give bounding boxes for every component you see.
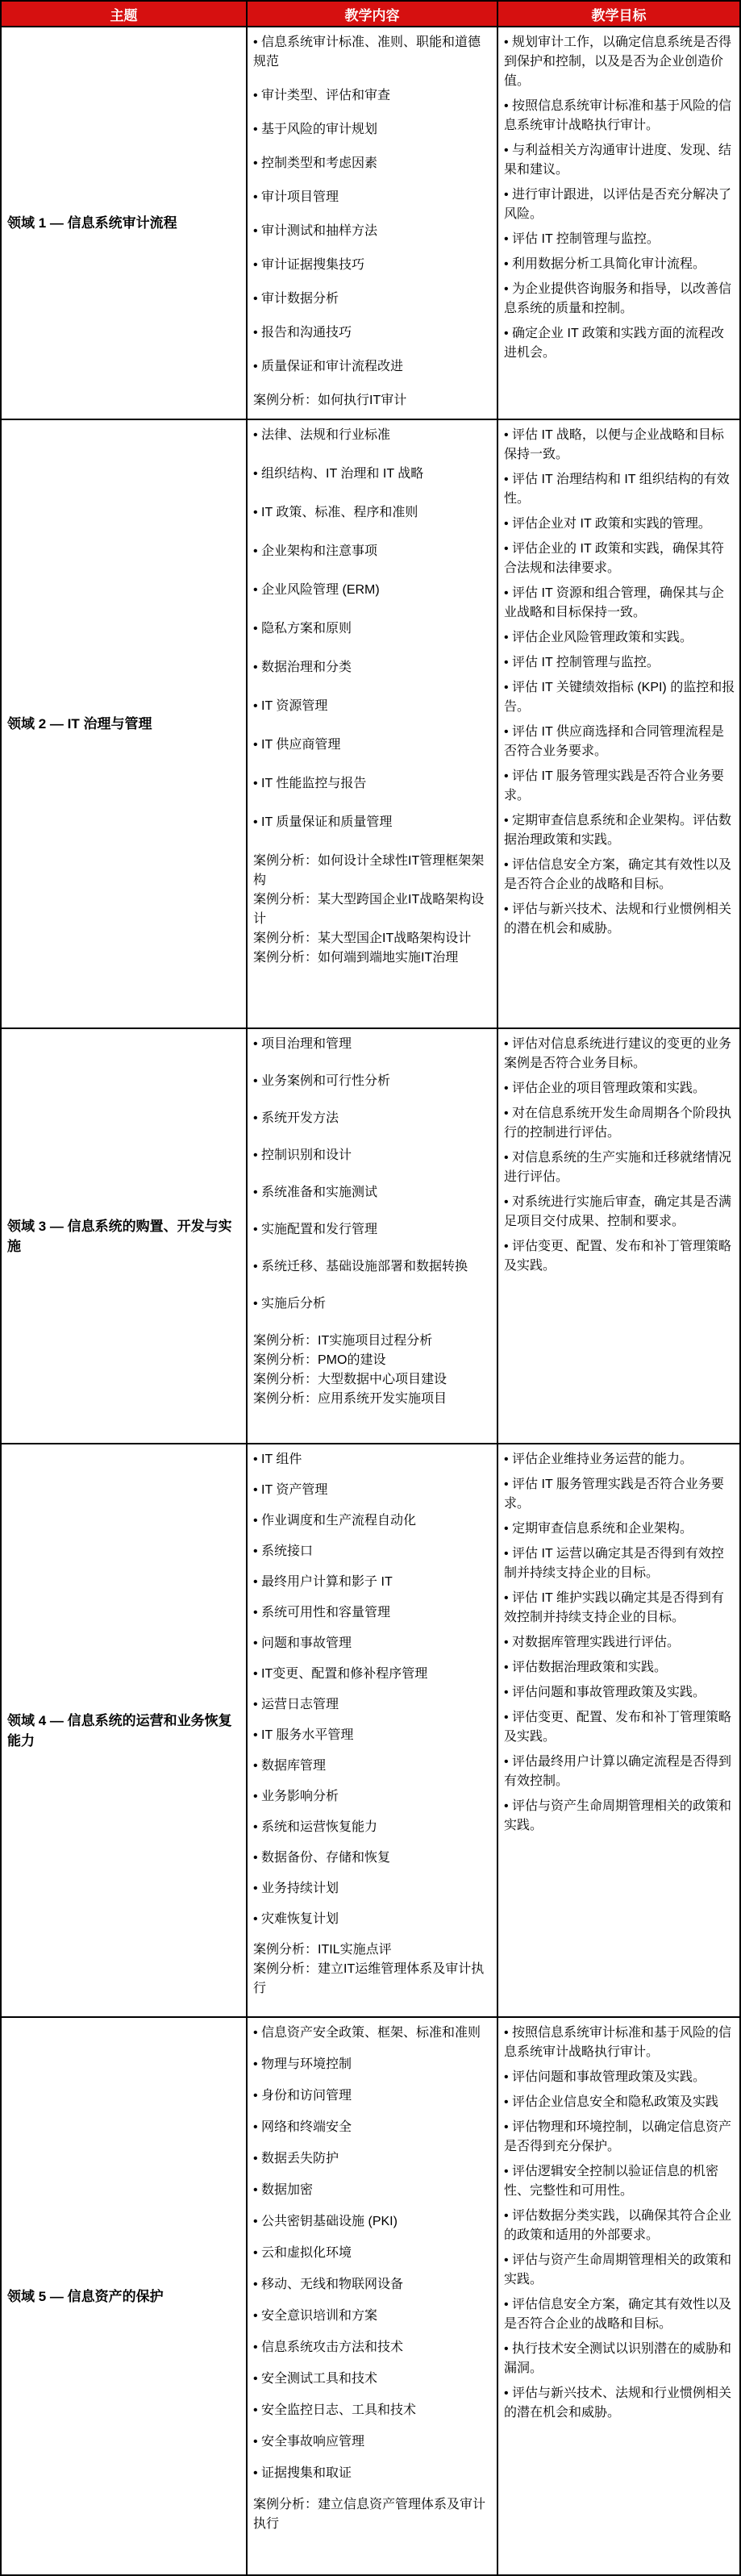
table-row: 领域 1 — 信息系统审计流程 信息系统审计标准、准则、职能和道德规范审计类型、…	[2, 26, 739, 419]
objective-item: 评估信息安全方案，确定其有效性以及是否符合企业的战略和目标。	[504, 856, 736, 894]
case-study-item: 案例分析：大型数据中心项目建设	[253, 1370, 493, 1390]
course-outline-table: 主题 教学内容 教学目标 领域 1 — 信息系统审计流程 信息系统审计标准、准则…	[0, 0, 741, 2576]
objectives-cell: 规划审计工作，以确定信息系统是否得到保护和控制，以及是否为企业创造价值。按照信息…	[498, 27, 739, 419]
case-study-item: 案例分析：IT实施项目过程分析	[253, 1332, 493, 1351]
objective-item: 按照信息系统审计标准和基于风险的信息系统审计战略执行审计。	[504, 97, 736, 135]
case-study-item: 案例分析：如何执行IT审计	[253, 391, 493, 411]
content-item: 身份和访问管理	[253, 2086, 493, 2106]
domain-title: 领域 3 — 信息系统的购置、开发与实施	[7, 1216, 241, 1257]
objective-item: 进行审计跟进，以评估是否充分解决了风险。	[504, 185, 736, 224]
objective-item: 评估问题和事故管理政策及实践。	[504, 2068, 736, 2087]
objective-item: 评估与资产生命周期管理相关的政策和实践。	[504, 1797, 736, 1836]
objective-item: 按照信息系统审计标准和基于风险的信息系统审计战略执行审计。	[504, 2024, 736, 2062]
content-item: 实施后分析	[253, 1294, 493, 1314]
content-item: IT 服务水平管理	[253, 1726, 493, 1745]
case-study-item: 案例分析：ITIL实施点评	[253, 1940, 493, 1960]
content-item: 审计类型、评估和审查	[253, 86, 493, 106]
objective-item: 评估企业维持业务运营的能力。	[504, 1450, 736, 1469]
objective-item: 评估物理和环境控制，以确定信息资产是否得到充分保护。	[504, 2118, 736, 2157]
objective-item: 评估 IT 资源和组合管理，确保其与企业战略和目标保持一致。	[504, 584, 736, 623]
content-item: 公共密钥基础设施 (PKI)	[253, 2212, 493, 2232]
content-cell: 信息系统审计标准、准则、职能和道德规范审计类型、评估和审查基于风险的审计规划控制…	[248, 27, 498, 419]
objective-item: 评估企业的项目管理政策和实践。	[504, 1079, 736, 1098]
content-item: 项目治理和管理	[253, 1035, 493, 1054]
objective-item: 评估 IT 关键绩效指标 (KPI) 的监控和报告。	[504, 678, 736, 717]
content-item: 业务案例和可行性分析	[253, 1072, 493, 1091]
content-item: 信息资产安全政策、框架、标准和准则	[253, 2024, 493, 2043]
objective-item: 评估信息安全方案，确定其有效性以及是否符合企业的战略和目标。	[504, 2295, 736, 2334]
content-item: 最终用户计算和影子 IT	[253, 1573, 493, 1592]
objective-item: 评估问题和事故管理政策及实践。	[504, 1683, 736, 1703]
topic-cell: 领域 5 — 信息资产的保护	[2, 2018, 248, 2574]
content-item: IT 供应商管理	[253, 736, 493, 755]
objective-item: 评估企业风险管理政策和实践。	[504, 628, 736, 648]
content-item: 数据库管理	[253, 1757, 493, 1776]
content-item: 证据搜集和取证	[253, 2464, 493, 2483]
content-item: 实施配置和发行管理	[253, 1220, 493, 1240]
content-item: 审计数据分析	[253, 290, 493, 309]
topic-cell: 领域 4 — 信息系统的运营和业务恢复能力	[2, 1444, 248, 2016]
content-item: 基于风险的审计规划	[253, 120, 493, 140]
objective-item: 对数据库管理实践进行评估。	[504, 1633, 736, 1653]
objective-item: 评估 IT 控制管理与监控。	[504, 230, 736, 249]
content-item: 隐私方案和原则	[253, 619, 493, 639]
domain-title: 领域 2 — IT 治理与管理	[7, 714, 152, 734]
objective-item: 评估与资产生命周期管理相关的政策和实践。	[504, 2251, 736, 2290]
objective-item: 评估变更、配置、发布和补丁管理策略及实践。	[504, 1237, 736, 1276]
objective-item: 评估对信息系统进行建议的变更的业务案例是否符合业务目标。	[504, 1035, 736, 1073]
table-body: 领域 1 — 信息系统审计流程 信息系统审计标准、准则、职能和道德规范审计类型、…	[2, 26, 739, 2574]
content-item: 控制类型和考虑因素	[253, 154, 493, 173]
case-study-item: 案例分析：PMO的建设	[253, 1351, 493, 1370]
content-item: 质量保证和审计流程改进	[253, 357, 493, 377]
content-item: 网络和终端安全	[253, 2118, 493, 2137]
content-item: 物理与环境控制	[253, 2055, 493, 2074]
objectives-cell: 评估对信息系统进行建议的变更的业务案例是否符合业务目标。评估企业的项目管理政策和…	[498, 1029, 739, 1443]
objective-item: 评估变更、配置、发布和补丁管理策略及实践。	[504, 1708, 736, 1747]
objective-item: 执行技术安全测试以识别潜在的威胁和漏洞。	[504, 2340, 736, 2378]
objective-item: 评估 IT 控制管理与监控。	[504, 653, 736, 673]
content-item: 安全监控日志、工具和技术	[253, 2401, 493, 2420]
content-item: 系统开发方法	[253, 1109, 493, 1128]
objectives-cell: 按照信息系统审计标准和基于风险的信息系统审计战略执行审计。评估问题和事故管理政策…	[498, 2018, 739, 2574]
content-cell: 信息资产安全政策、框架、标准和准则物理与环境控制身份和访问管理网络和终端安全数据…	[248, 2018, 498, 2574]
content-item: IT 资产管理	[253, 1481, 493, 1500]
objective-item: 对在信息系统开发生命周期各个阶段执行的控制进行评估。	[504, 1104, 736, 1143]
content-item: 问题和事故管理	[253, 1634, 493, 1653]
content-item: 安全测试工具和技术	[253, 2370, 493, 2389]
objective-item: 评估与新兴技术、法规和行业惯例相关的潜在机会和威胁。	[504, 2384, 736, 2423]
domain-title: 领域 1 — 信息系统审计流程	[7, 213, 177, 233]
column-header-objectives: 教学目标	[498, 2, 739, 26]
objective-item: 评估 IT 供应商选择和合同管理流程是否符合业务要求。	[504, 723, 736, 761]
content-item: 控制识别和设计	[253, 1146, 493, 1165]
content-item: 报告和沟通技巧	[253, 323, 493, 343]
objective-item: 对信息系统的生产实施和迁移就绪情况进行评估。	[504, 1148, 736, 1187]
content-item: 审计项目管理	[253, 188, 493, 207]
content-cell: 项目治理和管理业务案例和可行性分析系统开发方法控制识别和设计系统准备和实施测试实…	[248, 1029, 498, 1443]
topic-cell: 领域 3 — 信息系统的购置、开发与实施	[2, 1029, 248, 1443]
objective-item: 确定企业 IT 政策和实践方面的流程改进机会。	[504, 324, 736, 363]
objective-item: 评估 IT 战略，以便与企业战略和目标保持一致。	[504, 426, 736, 465]
column-header-content: 教学内容	[248, 2, 498, 26]
objective-item: 评估企业对 IT 政策和实践的管理。	[504, 515, 736, 534]
content-item: 系统可用性和容量管理	[253, 1603, 493, 1623]
objective-item: 评估与新兴技术、法规和行业惯例相关的潜在机会和威胁。	[504, 900, 736, 939]
content-item: 系统迁移、基础设施部署和数据转换	[253, 1257, 493, 1277]
content-item: 系统准备和实施测试	[253, 1183, 493, 1203]
content-item: IT 性能监控与报告	[253, 774, 493, 794]
content-item: 信息系统攻击方法和技术	[253, 2338, 493, 2357]
content-item: 审计证据搜集技巧	[253, 256, 493, 275]
objective-item: 评估数据分类实践，以确保其符合企业的政策和适用的外部要求。	[504, 2207, 736, 2245]
objective-item: 评估企业的 IT 政策和实践，确保其符合法规和法律要求。	[504, 540, 736, 578]
content-item: IT 政策、标准、程序和准则	[253, 503, 493, 523]
table-header-row: 主题 教学内容 教学目标	[2, 2, 739, 26]
objective-item: 对系统进行实施后审查，确定其是否满足项目交付成果、控制和要求。	[504, 1193, 736, 1232]
objective-item: 评估 IT 维护实践以确定其是否得到有效控制并持续支持企业的目标。	[504, 1589, 736, 1628]
content-item: 企业架构和注意事项	[253, 542, 493, 561]
domain-title: 领域 5 — 信息资产的保护	[7, 2286, 164, 2307]
objective-item: 规划审计工作，以确定信息系统是否得到保护和控制，以及是否为企业创造价值。	[504, 33, 736, 91]
table-row: 领域 4 — 信息系统的运营和业务恢复能力 IT 组件IT 资产管理作业调度和生…	[2, 1443, 739, 2016]
content-item: 数据备份、存储和恢复	[253, 1849, 493, 1868]
objective-item: 评估最终用户计算以确定流程是否得到有效控制。	[504, 1753, 736, 1791]
objective-item: 利用数据分析工具简化审计流程。	[504, 255, 736, 274]
content-item: 灾难恢复计划	[253, 1910, 493, 1929]
content-item: 组织结构、IT 治理和 IT 战略	[253, 465, 493, 484]
content-item: 系统和运营恢复能力	[253, 1818, 493, 1837]
content-item: 云和虚拟化环境	[253, 2244, 493, 2263]
content-item: 安全事故响应管理	[253, 2432, 493, 2452]
content-item: 系统接口	[253, 1542, 493, 1561]
objectives-cell: 评估企业维持业务运营的能力。评估 IT 服务管理实践是否符合业务要求。定期审查信…	[498, 1444, 739, 2016]
case-study-item: 案例分析：建立信息资产管理体系及审计执行	[253, 2495, 493, 2534]
case-study-item: 案例分析：如何端到端地实施IT治理	[253, 948, 493, 968]
content-item: 数据加密	[253, 2181, 493, 2200]
case-study-item: 案例分析：建立IT运维管理体系及审计执行	[253, 1960, 493, 1999]
content-item: 业务持续计划	[253, 1879, 493, 1899]
objective-item: 评估 IT 服务管理实践是否符合业务要求。	[504, 1475, 736, 1514]
case-study-item: 案例分析：如何设计全球性IT管理框架架构	[253, 852, 493, 890]
content-item: 企业风险管理 (ERM)	[253, 581, 493, 600]
content-cell: IT 组件IT 资产管理作业调度和生产流程自动化系统接口最终用户计算和影子 IT…	[248, 1444, 498, 2016]
table-row: 领域 5 — 信息资产的保护 信息资产安全政策、框架、标准和准则物理与环境控制身…	[2, 2016, 739, 2574]
objective-item: 评估企业信息安全和隐私政策及实践	[504, 2093, 736, 2112]
domain-title: 领域 4 — 信息系统的运营和业务恢复能力	[7, 1711, 241, 1751]
column-header-topic: 主题	[2, 2, 248, 26]
objective-item: 与利益相关方沟通审计进度、发现、结果和建议。	[504, 141, 736, 180]
objective-item: 评估 IT 服务管理实践是否符合业务要求。	[504, 767, 736, 806]
objective-item: 评估 IT 治理结构和 IT 组织结构的有效性。	[504, 470, 736, 509]
content-item: 运营日志管理	[253, 1695, 493, 1715]
content-item: IT 质量保证和质量管理	[253, 813, 493, 832]
objectives-cell: 评估 IT 战略，以便与企业战略和目标保持一致。评估 IT 治理结构和 IT 组…	[498, 420, 739, 1027]
content-cell: 法律、法规和行业标准组织结构、IT 治理和 IT 战略IT 政策、标准、程序和准…	[248, 420, 498, 1027]
objective-item: 为企业提供咨询服务和指导，以改善信息系统的质量和控制。	[504, 280, 736, 319]
content-item: 作业调度和生产流程自动化	[253, 1511, 493, 1531]
case-study-item: 案例分析：某大型国企IT战略架构设计	[253, 929, 493, 948]
content-item: 信息系统审计标准、准则、职能和道德规范	[253, 33, 493, 72]
table-row: 领域 3 — 信息系统的购置、开发与实施 项目治理和管理业务案例和可行性分析系统…	[2, 1027, 739, 1443]
table-row: 领域 2 — IT 治理与管理 法律、法规和行业标准组织结构、IT 治理和 IT…	[2, 419, 739, 1027]
content-item: 法律、法规和行业标准	[253, 426, 493, 445]
case-study-item: 案例分析：某大型跨国企业IT战略架构设计	[253, 890, 493, 929]
content-item: 审计测试和抽样方法	[253, 222, 493, 241]
content-item: 数据丢失防护	[253, 2149, 493, 2169]
objective-item: 评估 IT 运营以确定其是否得到有效控制并持续支持企业的目标。	[504, 1544, 736, 1583]
topic-cell: 领域 2 — IT 治理与管理	[2, 420, 248, 1027]
content-item: IT变更、配置和修补程序管理	[253, 1665, 493, 1684]
objective-item: 评估逻辑安全控制以验证信息的机密性、完整性和可用性。	[504, 2162, 736, 2201]
topic-cell: 领域 1 — 信息系统审计流程	[2, 27, 248, 419]
objective-item: 定期审查信息系统和企业架构。	[504, 1519, 736, 1539]
content-item: 业务影响分析	[253, 1787, 493, 1807]
content-item: 安全意识培训和方案	[253, 2307, 493, 2326]
content-item: 数据治理和分类	[253, 658, 493, 677]
objective-item: 定期审查信息系统和企业架构。评估数据治理政策和实践。	[504, 811, 736, 850]
case-study-item: 案例分析：应用系统开发实施项目	[253, 1390, 493, 1409]
content-item: IT 组件	[253, 1450, 493, 1469]
content-item: IT 资源管理	[253, 697, 493, 716]
content-item: 移动、无线和物联网设备	[253, 2275, 493, 2295]
objective-item: 评估数据治理政策和实践。	[504, 1658, 736, 1678]
